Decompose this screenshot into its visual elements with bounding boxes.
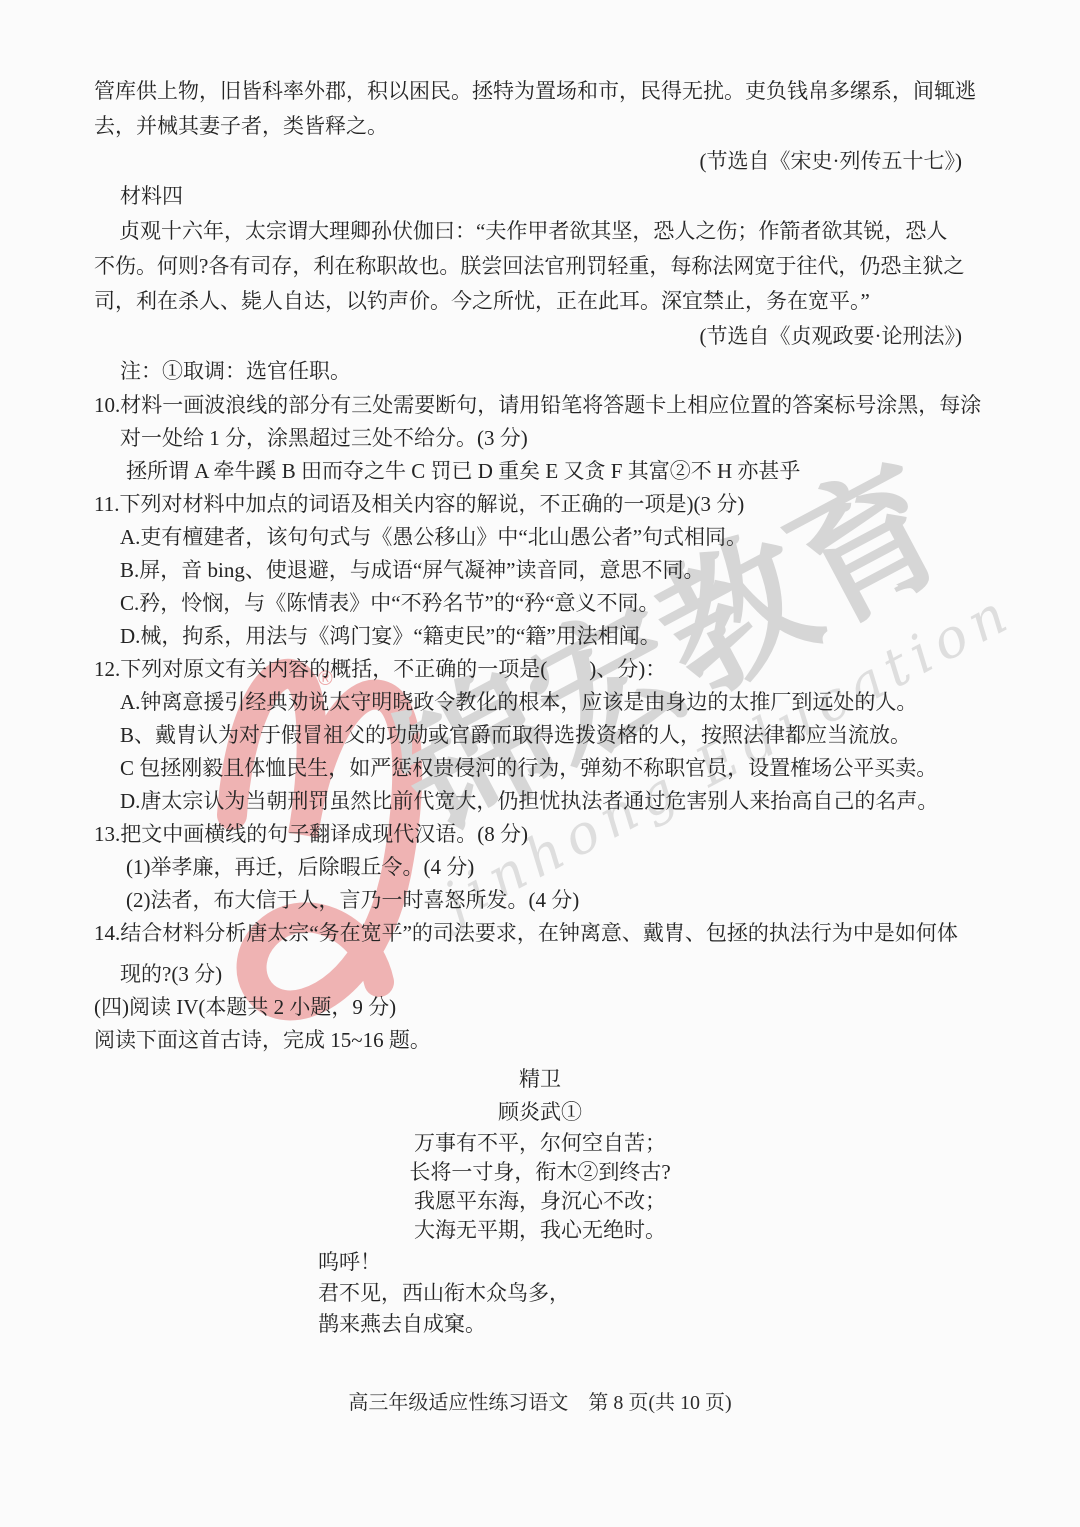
material-heading: 材料四 bbox=[94, 179, 986, 214]
question-11: 11.下列对材料中加点的词语及相关内容的解说，不正确的一项是)(3 分) bbox=[94, 488, 986, 521]
classical-text-section: 管库供上物，旧皆科率外郡，积以困民。拯特为置场和市，民得无扰。吏负钱帛多缧系，间… bbox=[0, 74, 1080, 389]
document-content: 管库供上物，旧皆科率外郡，积以困民。拯特为置场和市，民得无扰。吏负钱帛多缧系，间… bbox=[0, 74, 1080, 1340]
question-13: 13.把文中画横线的句子翻译成现代汉语。(8 分) bbox=[94, 818, 986, 851]
question-10-cont: 对一处给 1 分，涂黑超过三处不给分。(3 分) bbox=[94, 422, 986, 455]
question-13-part-2: (2)法者，布大信于人，言乃一时喜怒所发。(4 分) bbox=[94, 884, 986, 917]
question-12-option-d: D.唐太宗认为当朝刑罚虽然比前代宽大，仍担忧执法者通过危害别人来抬高自己的名声。 bbox=[94, 785, 986, 818]
question-10: 10.材料一画波浪线的部分有三处需要断句，请用铅笔将答题卡上相应位置的答案标号涂… bbox=[94, 389, 986, 422]
note-line: 注：①取调：选官任职。 bbox=[94, 354, 986, 389]
citation-line: (节选自《贞观政要·论刑法》) bbox=[94, 319, 986, 354]
section-4-heading: (四)阅读 IV(本题共 2 小题，9 分) bbox=[94, 991, 986, 1024]
text-line: 管库供上物，旧皆科率外郡，积以困民。拯特为置场和市，民得无扰。吏负钱帛多缧系，间… bbox=[94, 74, 986, 109]
question-13-part-1: (1)举孝廉，再迁，后除暇丘令。(4 分) bbox=[94, 851, 986, 884]
question-12-option-b: B、戴胄认为对于假冒祖父的功勋或官爵而取得选拨资格的人，按照法律都应当流放。 bbox=[94, 719, 986, 752]
poem-instruction: 阅读下面这首古诗，完成 15~16 题。 bbox=[94, 1024, 986, 1057]
poem-quatrain: 万事有不平，尔何空自苦； 长将一寸身，衔木②到终古? 我愿平东海，身沉心不改； … bbox=[0, 1129, 1080, 1245]
text-line: 不伤。何则?各有司存，利在称职故也。朕尝回法官刑罚轻重，每称法网宽于往代，仍恐主… bbox=[94, 249, 986, 284]
question-14-cont: 现的?(3 分) bbox=[94, 958, 986, 991]
poem-line: 鹊来燕去自成窠。 bbox=[318, 1309, 1080, 1340]
poem-title: 精卫 bbox=[0, 1063, 1080, 1096]
question-12-option-c: C 包拯刚毅且体恤民生，如严惩权贵侵河的行为，弹劾不称职官员，设置榷场公平买卖。 bbox=[94, 752, 986, 785]
question-11-option-c: C.矜，怜悯，与《陈情表》中“不矜名节”的“矜“意义不同。 bbox=[94, 587, 986, 620]
questions-section: 10.材料一画波浪线的部分有三处需要断句，请用铅笔将答题卡上相应位置的答案标号涂… bbox=[0, 389, 1080, 1057]
question-11-option-b: B.屏，音 bing、使退避，与成语“屏气凝神”读音同，意思不同。 bbox=[94, 554, 986, 587]
question-12: 12.下列对原文有关内容的概括，不正确的一项是( )、分)： bbox=[94, 653, 986, 686]
exam-page: ® 锦宏教育 jinhong Education 管库供上物，旧皆科率外郡，积以… bbox=[0, 0, 1080, 1527]
poem-tail: 呜呼！ 君不见，西山衔木众鸟多， 鹊来燕去自成窠。 bbox=[0, 1247, 1080, 1340]
poem-line: 呜呼！ bbox=[318, 1247, 1080, 1278]
text-line: 司，利在杀人、毙人自达，以钓声价。今之所忧，正在此耳。深宜禁止，务在宽平。” bbox=[94, 284, 986, 319]
question-11-option-d: D.械，拘系，用法与《鸿门宴》“籍吏民”的“籍”用法相闻。 bbox=[94, 620, 986, 653]
question-14: 14.结合材料分析唐太宗“务在宽平”的司法要求，在钟离意、戴胄、包拯的执法行为中… bbox=[94, 917, 986, 950]
text-line: 贞观十六年，太宗谓大理卿孙伏伽曰：“夫作甲者欲其坚，恐人之伤；作箭者欲其锐，恐人 bbox=[94, 214, 986, 249]
text-line: 去，并械其妻子者，类皆释之。 bbox=[94, 109, 986, 144]
poem-line: 君不见，西山衔木众鸟多， bbox=[318, 1278, 1080, 1309]
question-11-option-a: A.吏有檀建者，该句句式与《愚公移山》中“北山愚公者”句式相同。 bbox=[94, 521, 986, 554]
page-footer: 高三年级适应性练习语文 第 8 页(共 10 页) bbox=[0, 1386, 1080, 1415]
poem-line: 万事有不平，尔何空自苦； bbox=[0, 1129, 1080, 1158]
poem-section: 精卫 顾炎武① 万事有不平，尔何空自苦； 长将一寸身，衔木②到终古? 我愿平东海… bbox=[0, 1063, 1080, 1340]
poem-author: 顾炎武① bbox=[0, 1096, 1080, 1129]
question-12-option-a: A.钟离意援引经典劝说太守明晓政令教化的根本，应该是由身边的太推厂到远处的人。 bbox=[94, 686, 986, 719]
poem-line: 我愿平东海，身沉心不改； bbox=[0, 1187, 1080, 1216]
citation-line: (节选自《宋史·列传五十七》) bbox=[94, 144, 986, 179]
poem-line: 长将一寸身，衔木②到终古? bbox=[0, 1158, 1080, 1187]
question-10-sentence: 拯所谓 A 牵牛蹊 B 田而夺之牛 C 罚已 D 重矣 E 又贪 F 其富②不 … bbox=[94, 455, 986, 488]
poem-line: 大海无平期，我心无绝时。 bbox=[0, 1216, 1080, 1245]
